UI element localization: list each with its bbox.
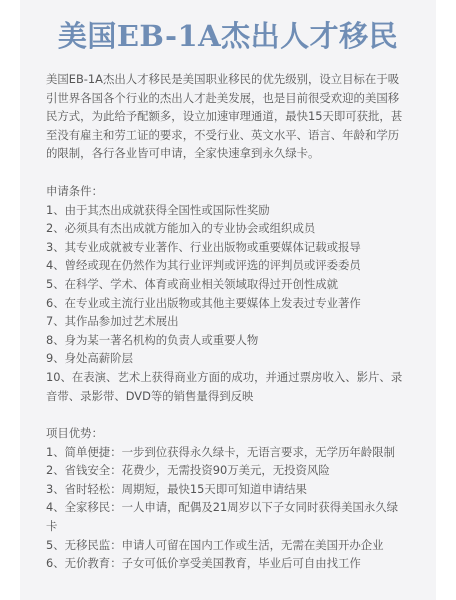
advantage-item: 1、简单便捷：一步到位获得永久绿卡，无语言要求，无学历年龄限制 <box>46 443 408 462</box>
spacer <box>46 405 408 424</box>
requirement-item: 9、身处高薪阶层 <box>46 349 408 368</box>
requirement-item: 7、其作品参加过艺术展出 <box>46 312 408 331</box>
advantage-item: 5、无移民监：申请人可留在国内工作或生活，无需在美国开办企业 <box>46 536 408 555</box>
requirement-item: 10、在表演、艺术上获得商业方面的成功，并通过票房收入、影片、录音带、录影带、D… <box>46 368 408 405</box>
requirement-item: 2、必须具有杰出成就方能加入的专业协会或组织成员 <box>46 219 408 238</box>
advantage-item: 3、省时轻松：周期短，最快15天即可知道申请结果 <box>46 480 408 499</box>
advantage-item: 2、省钱安全：花费少，无需投资90万美元，无投资风险 <box>46 461 408 480</box>
advantages-heading: 项目优势： <box>46 424 408 443</box>
requirement-item: 3、其专业成就被专业著作、行业出版物或重要媒体记载或报导 <box>46 238 408 257</box>
article-body: 美国EB-1A杰出人才移民是美国职业移民的优先级别，设立目标在于吸引世界各国各个… <box>46 70 408 573</box>
requirement-item: 1、由于其杰出成就获得全国性或国际性奖励 <box>46 201 408 220</box>
requirement-item: 4、曾经或现在仍然作为其行业评判或评选的评判员或评委委员 <box>46 256 408 275</box>
requirement-item: 5、在科学、学术、体育或商业相关领域取得过开创性成就 <box>46 275 408 294</box>
requirement-item: 6、在专业或主流行业出版物或其他主要媒体上发表过专业著作 <box>46 294 408 313</box>
page-title: 美国EB-1A杰出人才移民 <box>20 14 436 55</box>
advantage-item: 6、无价教育：子女可低价享受美国教育，毕业后可自由找工作 <box>46 554 408 573</box>
spacer <box>46 163 408 182</box>
requirement-item: 8、身为某一著名机构的负责人或重要人物 <box>46 331 408 350</box>
advantage-item: 4、全家移民：一人申请，配偶及21周岁以下子女同时获得美国永久绿卡 <box>46 498 408 535</box>
intro-paragraph: 美国EB-1A杰出人才移民是美国职业移民的优先级别，设立目标在于吸引世界各国各个… <box>46 70 408 163</box>
requirements-heading: 申请条件： <box>46 182 408 201</box>
